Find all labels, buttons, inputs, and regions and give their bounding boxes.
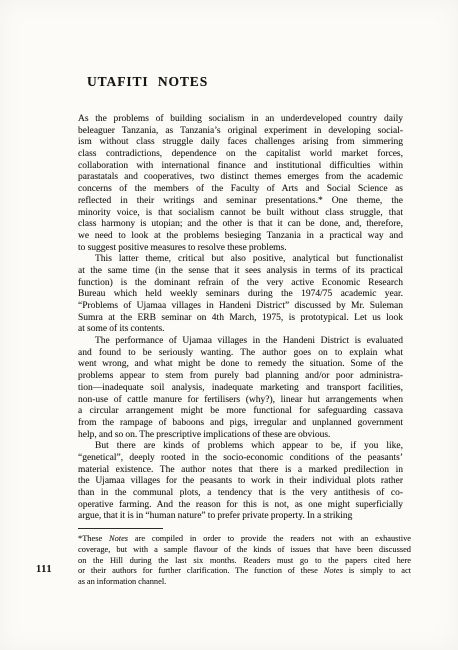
footnote-line: coverage, but with a sample flavour of t… — [78, 545, 411, 556]
paragraph: But there are kinds of problems which ap… — [78, 441, 403, 523]
text-line: beleaguer Tanzania, as Tanzania’s origin… — [78, 126, 403, 138]
text-line: at the same time (in the sense that it s… — [78, 266, 403, 278]
text-line: minority voice, is that socialism cannot… — [78, 208, 403, 220]
text-line: Bureau which held weekly seminars during… — [78, 289, 403, 301]
paragraph: The performance of Ujamaa villages in th… — [78, 336, 403, 441]
footnote-line: as an information channel. — [78, 577, 411, 588]
text-line: class contradictions, dependence on the … — [78, 149, 403, 161]
text-line: to suggest positive measures to resolve … — [78, 243, 403, 255]
text-line: concerns of the members of the Faculty o… — [78, 184, 403, 196]
text-line: material existence. The author notes tha… — [78, 465, 403, 477]
footnote-separator-rule — [78, 528, 163, 529]
footnote-italic-text: Notes — [324, 566, 343, 575]
text-line: operative farming. And the reason for th… — [78, 500, 403, 512]
text-line: we need to look at the problems besiegin… — [78, 231, 403, 243]
footnote-plain-text: is simply to act — [343, 566, 411, 575]
text-line: Sumra at the ERB seminar on 4th March, 1… — [78, 313, 403, 325]
footnote-line: or their authors for further clarificati… — [78, 566, 411, 577]
footnote-plain-text: are compiled in order to provide the rea… — [128, 534, 411, 543]
footnote-plain-text: coverage, but with a sample flavour of t… — [78, 545, 411, 554]
text-line: the Ujamaa villages for the peasants to … — [78, 476, 403, 488]
text-line: at some of its contents. — [78, 324, 403, 336]
paragraph: This latter theme, critical but also pos… — [78, 254, 403, 336]
text-line: collaboration with international finance… — [78, 161, 403, 173]
footnote-italic-text: Notes — [109, 534, 128, 543]
text-line: problems appear to stem from purely bad … — [78, 371, 403, 383]
text-line: non-use of cattle manure for fertilisers… — [78, 395, 403, 407]
paragraph: As the problems of building socialism in… — [78, 114, 403, 254]
page-title: UTAFITI NOTES — [87, 74, 208, 90]
footnote-plain-text: *These — [78, 534, 109, 543]
text-line: tion—inadequate soil analysis, inadequat… — [78, 383, 403, 395]
text-line: “Problems of Ujamaa villages in Handeni … — [78, 301, 403, 313]
text-line: function) is the dominant refrain of the… — [78, 278, 403, 290]
text-line: reflected in their writings and seminar … — [78, 196, 403, 208]
text-line: ism without class struggle daily faces c… — [78, 137, 403, 149]
text-line: than in the communal plots, a tendency t… — [78, 488, 403, 500]
text-line: parastatals and cooperatives, two distin… — [78, 172, 403, 184]
text-line: help, and so on. The prescriptive implic… — [78, 430, 403, 442]
page-number: 111 — [36, 564, 52, 575]
text-line: But there are kinds of problems which ap… — [78, 441, 403, 453]
footnote-line: *These Notes are compiled in order to pr… — [78, 534, 411, 545]
footnote-text: *These Notes are compiled in order to pr… — [78, 534, 411, 588]
text-line: As the problems of building socialism in… — [78, 114, 403, 126]
text-line: This latter theme, critical but also pos… — [78, 254, 403, 266]
text-line: went wrong, and what might be done to re… — [78, 359, 403, 371]
footnote-plain-text: or their authors for further clarificati… — [78, 566, 324, 575]
footnote-plain-text: on the Hill during the last six months. … — [78, 556, 411, 565]
scanned-document-page: UTAFITI NOTES As the problems of buildin… — [0, 0, 458, 650]
text-line: argue, that it is in “human nature” to p… — [78, 511, 403, 523]
text-line: and found to be seriously wanting. The a… — [78, 348, 403, 360]
text-line: “genetical”, deeply rooted in the socio-… — [78, 453, 403, 465]
text-line: from the rampage of baboons and pigs, ir… — [78, 418, 403, 430]
text-line: class harmony is utopian; and the other … — [78, 219, 403, 231]
text-line: a circular arrangement might be more fun… — [78, 406, 403, 418]
body-text: As the problems of building socialism in… — [78, 114, 403, 523]
footnote-line: on the Hill during the last six months. … — [78, 556, 411, 567]
footnote-plain-text: as an information channel. — [78, 577, 166, 586]
text-line: The performance of Ujamaa villages in th… — [78, 336, 403, 348]
